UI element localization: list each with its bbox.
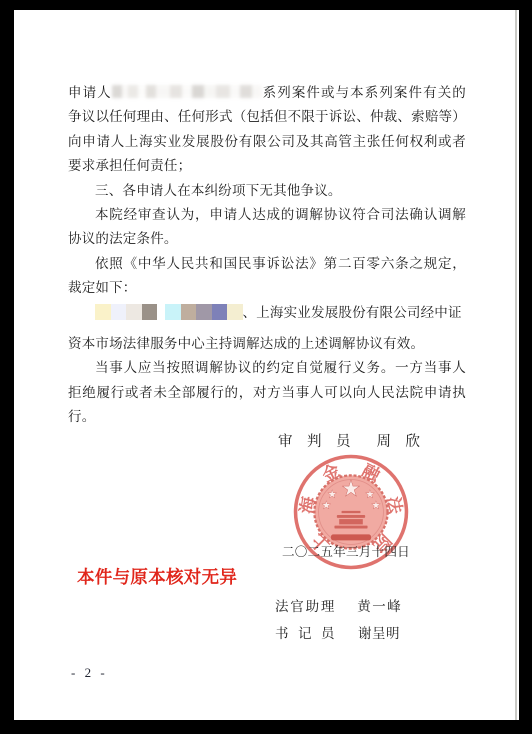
text-line: 向申请人上海实业发展股份有限公司及其高管主张任何权利或者 xyxy=(68,130,466,154)
emblem-ribbon xyxy=(331,534,371,540)
text-line: 、上海实业发展股份有限公司经中证 xyxy=(68,301,466,332)
mosaic-redaction-group-2 xyxy=(165,304,243,332)
text-line: 裁定如下： xyxy=(68,276,466,300)
tiananmen-roof xyxy=(337,515,365,518)
text-line: 资本市场法律服务中心主持调解达成的上述调解协议有效。 xyxy=(68,332,466,356)
text-line: 争议以任何理由、任何形式（包括但不限于诉讼、仲裁、索赔等） xyxy=(68,105,466,129)
text-line: 本院经审查认为，申请人达成的调解协议符合司法确认调解 xyxy=(68,203,466,227)
emblem-big-star: ★ xyxy=(343,478,360,498)
judge-role-label: 审 判 员 xyxy=(278,434,351,450)
verification-stamp-text: 本件与原本核对无异 xyxy=(77,564,237,589)
emblem-small-star: ★ xyxy=(322,501,331,510)
text-line: 申请人系列案件或与本系列案件有关的 xyxy=(68,81,466,105)
blurred-redaction xyxy=(112,85,262,98)
tiananmen-body xyxy=(339,519,363,524)
text-line: 依照《中华人民共和国民事诉讼法》第二百零六条之规定， xyxy=(68,252,466,276)
assistant-name: 黄一峰 xyxy=(357,599,402,614)
text-line: 拒绝履行或者未全部履行的，对方当事人可以向人民法院申请执 xyxy=(68,381,466,405)
ruling-date: 二〇二五年三月十四日 xyxy=(282,541,410,560)
tiananmen-base xyxy=(334,526,367,529)
emblem-small-star: ★ xyxy=(327,490,336,499)
tiananmen-upper-roof xyxy=(342,511,361,513)
emblem-small-star: ★ xyxy=(371,501,380,510)
text-line: 当事人应当按照调解协议的约定自觉履行义务。一方当事人 xyxy=(68,356,466,380)
text-segment: 申请人 xyxy=(68,85,112,100)
judge-signature-row: 审 判 员周 欣 xyxy=(278,430,420,451)
judge-name: 周 欣 xyxy=(377,434,421,450)
assistant-role-label: 法官助理 xyxy=(275,599,336,614)
text-line: 要求承担任何责任； xyxy=(68,154,466,178)
emblem-small-star: ★ xyxy=(365,490,374,499)
clerk-name: 谢呈明 xyxy=(358,626,400,641)
page-edge-shadow xyxy=(515,10,517,720)
text-segment: 、上海实业发展股份有限公司经中证 xyxy=(243,305,462,320)
viewer-background: { "frame": { "background": "#000000" }, … xyxy=(0,0,532,734)
text-line: 行。 xyxy=(68,405,466,429)
national-emblem: ★ ★ ★ ★ ★ xyxy=(314,475,387,548)
ruling-body-text: 申请人系列案件或与本系列案件有关的 争议以任何理由、任何形式（包括但不限于诉讼、… xyxy=(68,81,466,430)
page-number: - 2 - xyxy=(71,665,108,681)
text-line: 协议的法定条件。 xyxy=(68,227,466,251)
clerk-signature-row: 书记员谢呈明 xyxy=(275,622,400,642)
clerk-role-label: 书记员 xyxy=(275,626,344,641)
mosaic-redaction-group-1 xyxy=(95,304,157,332)
assistant-signature-row: 法官助理黄一峰 xyxy=(275,595,402,615)
document-page: 申请人系列案件或与本系列案件有关的 争议以任何理由、任何形式（包括但不限于诉讼、… xyxy=(14,10,519,720)
text-line: 三、各申请人在本纠纷项下无其他争议。 xyxy=(68,179,466,203)
text-segment: 系列案件或与本系列案件有关的 xyxy=(262,85,466,100)
